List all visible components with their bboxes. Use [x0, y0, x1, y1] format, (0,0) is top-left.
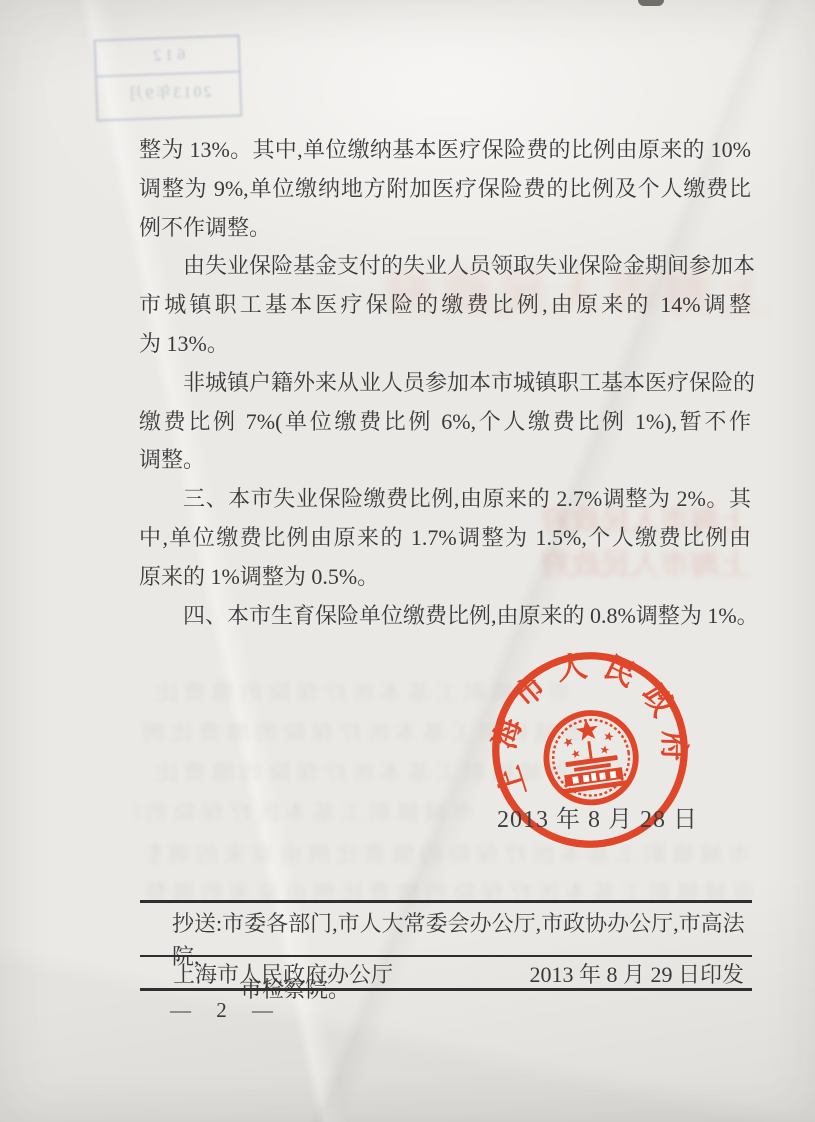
document-line: 原来的 1%调整为 0.5%。 [139, 558, 751, 597]
page-number: — 2 — [170, 998, 276, 1023]
footer-rule-top [140, 900, 752, 903]
scanner-edge-artifact [638, 0, 664, 6]
document-line: 例不作调整。 [139, 209, 751, 248]
issuing-office: 上海市人民政府办公厅 [173, 958, 393, 989]
document-line: 缴费比例 7%(单位缴费比例 6%,个人缴费比例 1%),暂不作 [139, 403, 751, 442]
document-line: 调整。 [139, 441, 751, 480]
document-line: 三、本市失业保险缴费比例,由原来的 2.7%调整为 2%。其 [139, 480, 751, 519]
gray-bleedthrough-line: 市城镇职工基本医疗保险的缴费比例由原来的调整为单位缴费比例 [135, 796, 475, 827]
sign-date: 2013 年 8 月 28 日 [497, 799, 707, 834]
document-body: 整为 13%。其中,单位缴纳基本医疗保险费的比例由原来的 10%调整为 9%,单… [139, 131, 751, 635]
document-line: 市城镇职工基本医疗保险的缴费比例,由原来的 14%调整 [139, 286, 751, 325]
document-line: 调整为 9%,单位缴纳地方附加医疗保险费的比例及个人缴费比 [139, 170, 751, 209]
document-line: 由失业保险基金支付的失业人员领取失业保险金期间参加本 [139, 247, 751, 286]
registry-stamp-bleedthrough: 612 2013年9月 [94, 34, 243, 121]
cc-label: 抄送: [172, 911, 222, 936]
print-date: 2013 年 8 月 29 日印发 [529, 958, 744, 989]
issuer-row: 上海市人民政府办公厅 2013 年 8 月 29 日印发 [140, 959, 752, 987]
document-line: 整为 13%。其中,单位缴纳基本医疗保险费的比例由原来的 10% [139, 131, 751, 170]
registry-stamp-line2: 2013年9月 [97, 73, 240, 116]
footer-rule-bottom [140, 988, 752, 991]
document-line: 四、本市生育保险单位缴费比例,由原来的 0.8%调整为 1%。 [139, 597, 751, 636]
document-line: 中,单位缴费比例由原来的 1.7%调整为 1.5%,个人缴费比例由 [139, 519, 751, 558]
document-line: 非城镇户籍外来从业人员参加本市城镇职工基本医疗保险的 [139, 364, 751, 403]
national-emblem-icon [541, 707, 642, 808]
registry-stamp-line1: 612 [96, 37, 239, 78]
document-line: 为 13%。 [139, 325, 751, 364]
